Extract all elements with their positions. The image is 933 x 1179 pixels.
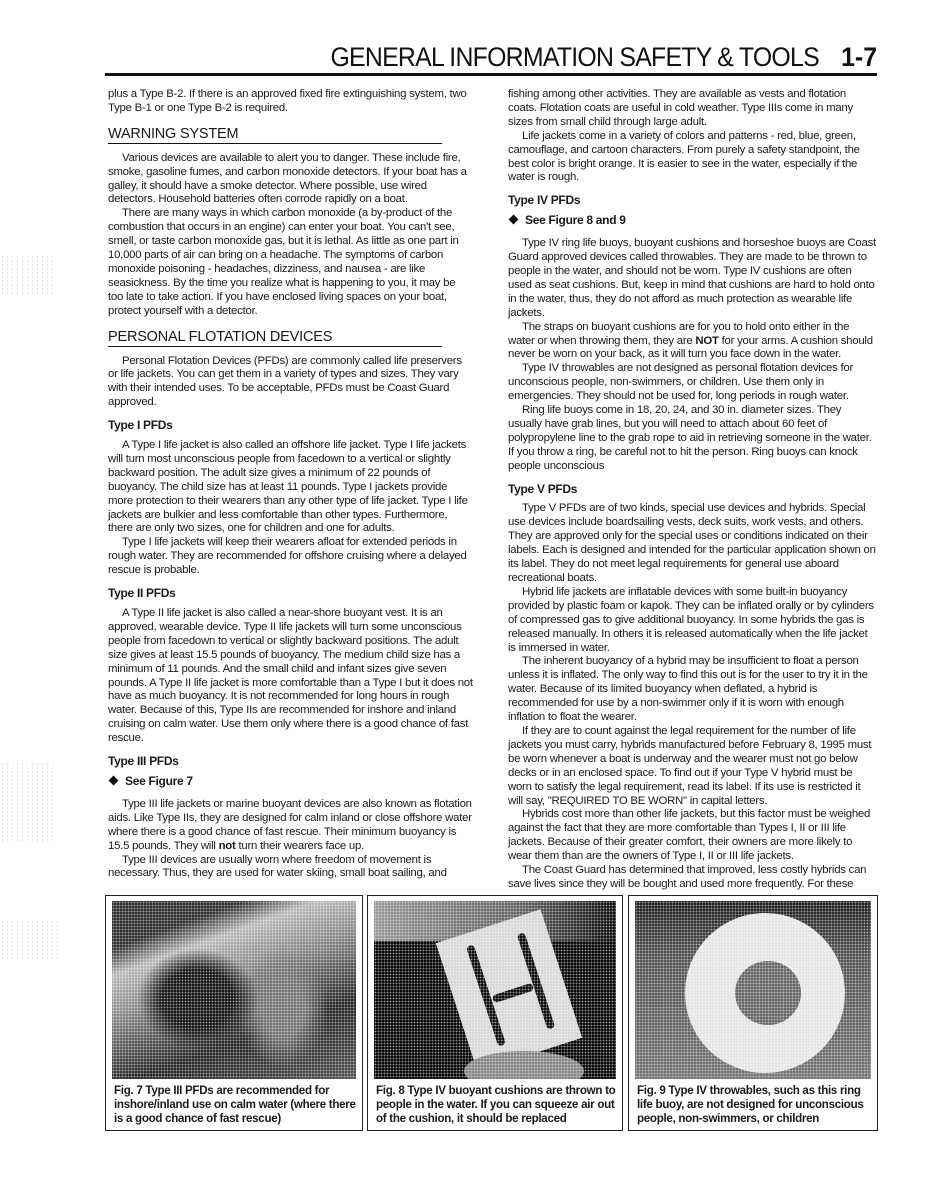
figure-8: Fig. 8 Type IV buoyant cushions are thro… [367, 895, 623, 1131]
life-jackets-photo [112, 901, 356, 1079]
subheading-type-5: Type V PFDs [508, 483, 876, 497]
section-heading-warning-system: WARNING SYSTEM [108, 128, 442, 144]
subheading-type-2: Type II PFDs [108, 587, 473, 601]
figure-caption: Fig. 8 Type IV buoyant cushions are thro… [376, 1084, 616, 1126]
paragraph: Type III life jackets or marine buoyant … [108, 798, 473, 854]
scan-noise [0, 762, 55, 842]
buoyant-cushion-photo [374, 901, 616, 1079]
header-rule [105, 73, 877, 76]
page-number: 1-7 [841, 42, 877, 73]
left-column: plus a Type B-2. If there is an approved… [108, 88, 473, 881]
figure-7: Fig. 7 Type III PFDs are recommended for… [105, 895, 363, 1131]
right-column: fishing among other activities. They are… [508, 88, 876, 892]
figure-9: Fig. 9 Type IV throwables, such as this … [628, 895, 878, 1131]
paragraph: There are many ways in which carbon mono… [108, 207, 473, 318]
subheading-type-3: Type III PFDs [108, 755, 473, 769]
paragraph: Type IV ring life buoys, buoyant cushion… [508, 237, 876, 320]
see-figure-7-link[interactable]: See Figure 7 [108, 775, 473, 789]
ring-life-buoy-photo [635, 901, 871, 1079]
paragraph: Type I life jackets will keep their wear… [108, 536, 473, 578]
page-header: GENERAL INFORMATION SAFETY & TOOLS 1-7 [105, 40, 877, 78]
paragraph: Personal Flotation Devices (PFDs) are co… [108, 355, 473, 411]
paragraph: Hybrids cost more than other life jacket… [508, 808, 876, 864]
section-heading-pfd: PERSONAL FLOTATION DEVICES [108, 331, 442, 347]
paragraph: Hybrid life jackets are inflatable devic… [508, 586, 876, 656]
paragraph: Type III devices are usually worn where … [108, 854, 473, 882]
paragraph: A Type II life jacket is also called a n… [108, 607, 473, 746]
figure-caption: Fig. 7 Type III PFDs are recommended for… [114, 1084, 356, 1126]
subheading-type-1: Type I PFDs [108, 419, 473, 433]
paragraph: The straps on buoyant cushions are for y… [508, 321, 876, 363]
scan-noise [0, 255, 55, 295]
paragraph: fishing among other activities. They are… [508, 88, 876, 130]
paragraph: Various devices are available to alert y… [108, 152, 473, 208]
subheading-type-4: Type IV PFDs [508, 194, 876, 208]
paragraph: A Type I life jacket is also called an o… [108, 439, 473, 536]
paragraph: The inherent buoyancy of a hybrid may be… [508, 655, 876, 725]
paragraph: Type IV throwables are not designed as p… [508, 362, 876, 404]
intro-paragraph: plus a Type B-2. If there is an approved… [108, 88, 473, 116]
paragraph: Life jackets come in a variety of colors… [508, 130, 876, 186]
scan-noise [0, 920, 60, 960]
paragraph: Ring life buoys come in 18, 20, 24, and … [508, 404, 876, 474]
paragraph: Type V PFDs are of two kinds, special us… [508, 502, 876, 585]
diamond-bullet-icon [109, 776, 119, 786]
diamond-bullet-icon [509, 215, 519, 225]
figure-caption: Fig. 9 Type IV throwables, such as this … [637, 1084, 871, 1126]
paragraph: If they are to count against the legal r… [508, 725, 876, 808]
chapter-title: GENERAL INFORMATION SAFETY & TOOLS [331, 42, 819, 73]
see-figure-8-9-link[interactable]: See Figure 8 and 9 [508, 214, 876, 228]
paragraph: The Coast Guard has determined that impr… [508, 864, 876, 892]
